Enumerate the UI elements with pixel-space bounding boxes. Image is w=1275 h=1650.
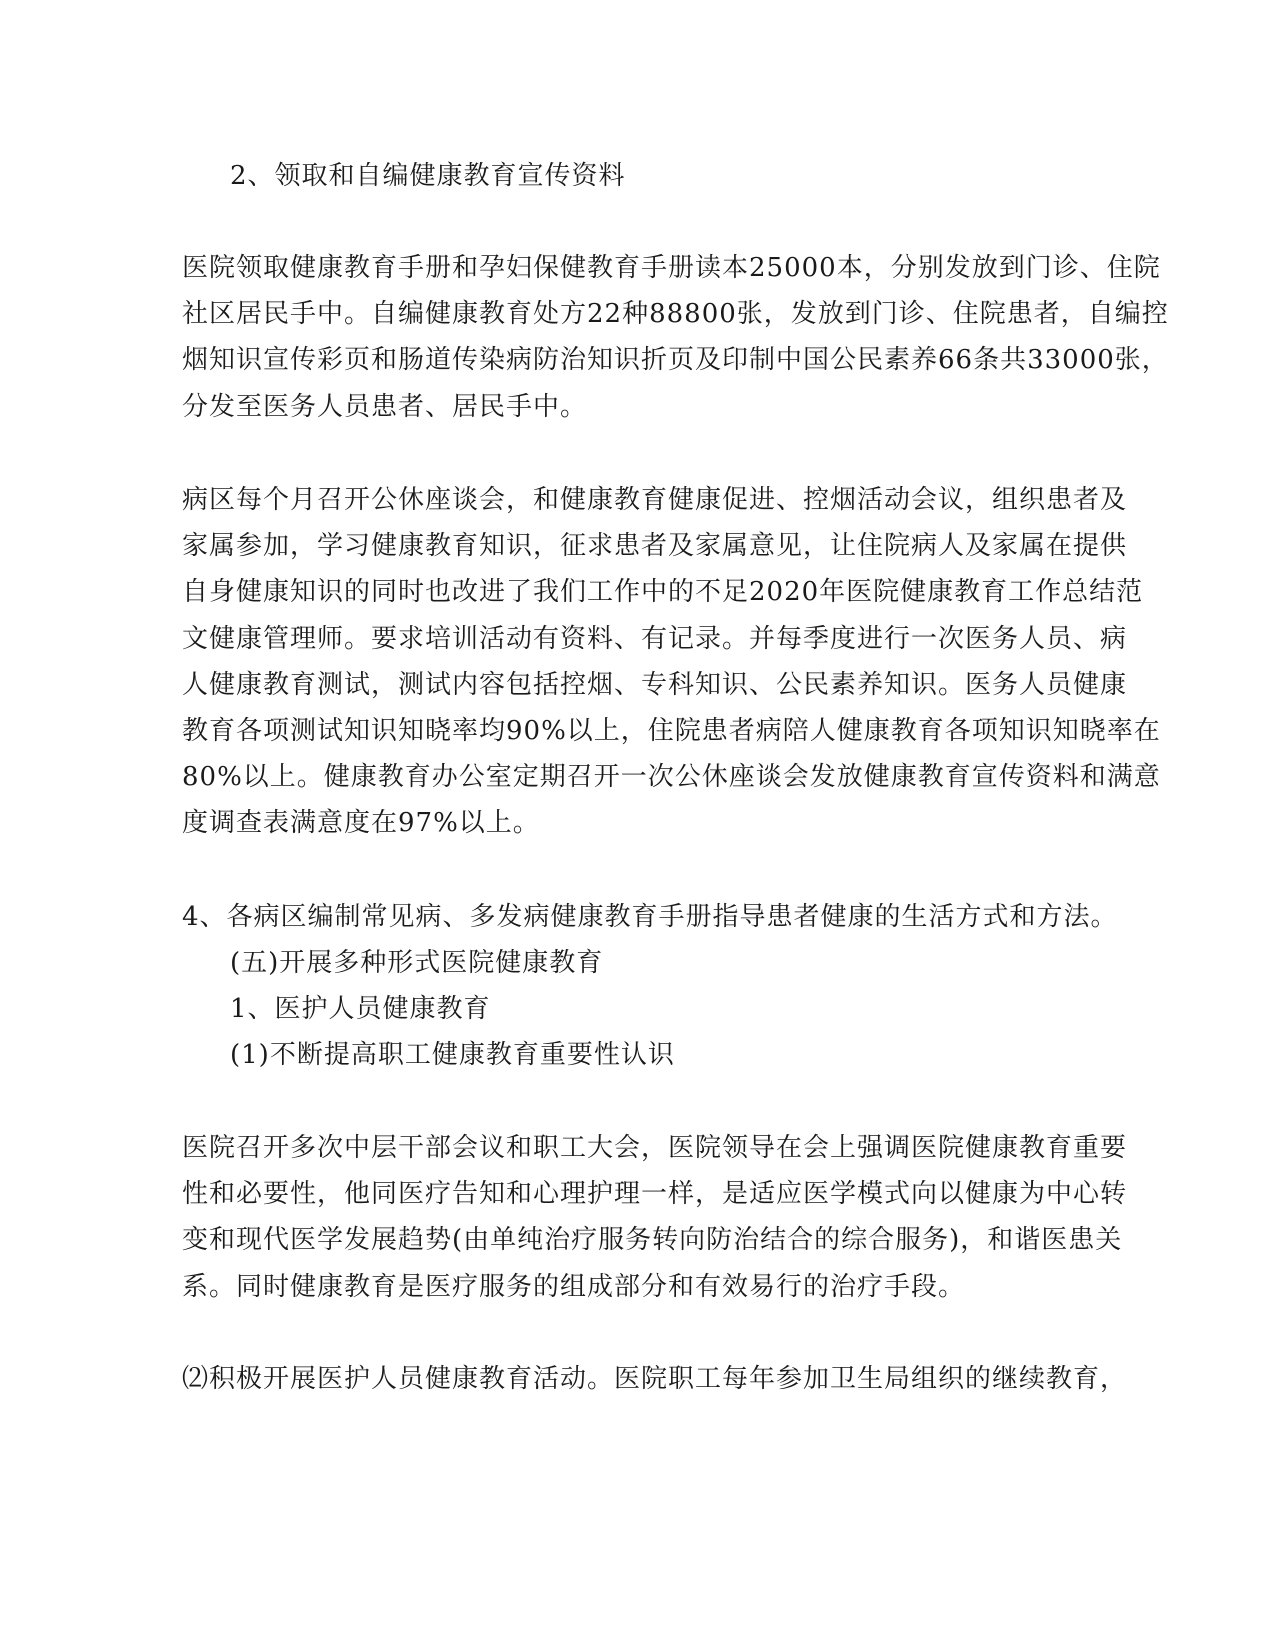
- paragraph-line: 80%以上。健康教育办公室定期召开一次公休座谈会发放健康教育宣传资料和满意: [182, 761, 1161, 793]
- paragraph-line: 变和现代医学发展趋势(由单纯治疗服务转向防治结合的综合服务)，和谐医患关: [182, 1224, 1122, 1256]
- paragraph-line: 病区每个月召开公休座谈会，和健康教育健康促进、控烟活动会议，组织患者及: [182, 484, 1127, 516]
- paragraph-line: 自身健康知识的同时也改进了我们工作中的不足2020年医院健康教育工作总结范: [182, 576, 1143, 608]
- document-page: 2、领取和自编健康教育宣传资料医院领取健康教育手册和孕妇保健教育手册读本2500…: [0, 0, 1275, 1650]
- paragraph-line: 烟知识宣传彩页和肠道传染病防治知识折页及印制中国公民素养66条共33000张，: [182, 344, 1169, 376]
- paragraph-line: 分发至医务人员患者、居民手中。: [182, 391, 587, 423]
- paragraph-line: 家属参加，学习健康教育知识，征求患者及家属意见，让住院病人及家属在提供: [182, 530, 1127, 562]
- heading-text: 1、医护人员健康教育: [230, 993, 491, 1025]
- paragraph-line: 医院领取健康教育手册和孕妇保健教育手册读本25000本，分别发放到门诊、住院: [182, 252, 1161, 284]
- paragraph-line: 性和必要性，他同医疗告知和心理护理一样，是适应医学模式向以健康为中心转: [182, 1178, 1127, 1210]
- paragraph-line: 人健康教育测试，测试内容包括控烟、专科知识、公民素养知识。医务人员健康: [182, 669, 1127, 701]
- heading-text: 2、领取和自编健康教育宣传资料: [230, 160, 626, 192]
- paragraph-line: 教育各项测试知识知晓率均90%以上，住院患者病陪人健康教育各项知识知晓率在: [182, 715, 1161, 747]
- paragraph-line: 文健康管理师。要求培训活动有资料、有记录。并每季度进行一次医务人员、病: [182, 623, 1127, 655]
- heading-text: (1)不断提高职工健康教育重要性认识: [230, 1039, 675, 1071]
- paragraph-line: 系。同时健康教育是医疗服务的组成部分和有效易行的治疗手段。: [182, 1271, 965, 1303]
- paragraph-line: 度调查表满意度在97%以上。: [182, 807, 540, 839]
- paragraph-line: ⑵积极开展医护人员健康教育活动。医院职工每年参加卫生局组织的继续教育，: [182, 1363, 1127, 1395]
- paragraph-line: 4、各病区编制常见病、多发病健康教育手册指导患者健康的生活方式和方法。: [182, 901, 1118, 933]
- paragraph-line: 社区居民手中。自编健康教育处方22种88800张，发放到门诊、住院患者，自编控: [182, 298, 1169, 330]
- paragraph-line: 医院召开多次中层干部会议和职工大会，医院领导在会上强调医院健康教育重要: [182, 1132, 1127, 1164]
- heading-text: (五)开展多种形式医院健康教育: [230, 947, 603, 979]
